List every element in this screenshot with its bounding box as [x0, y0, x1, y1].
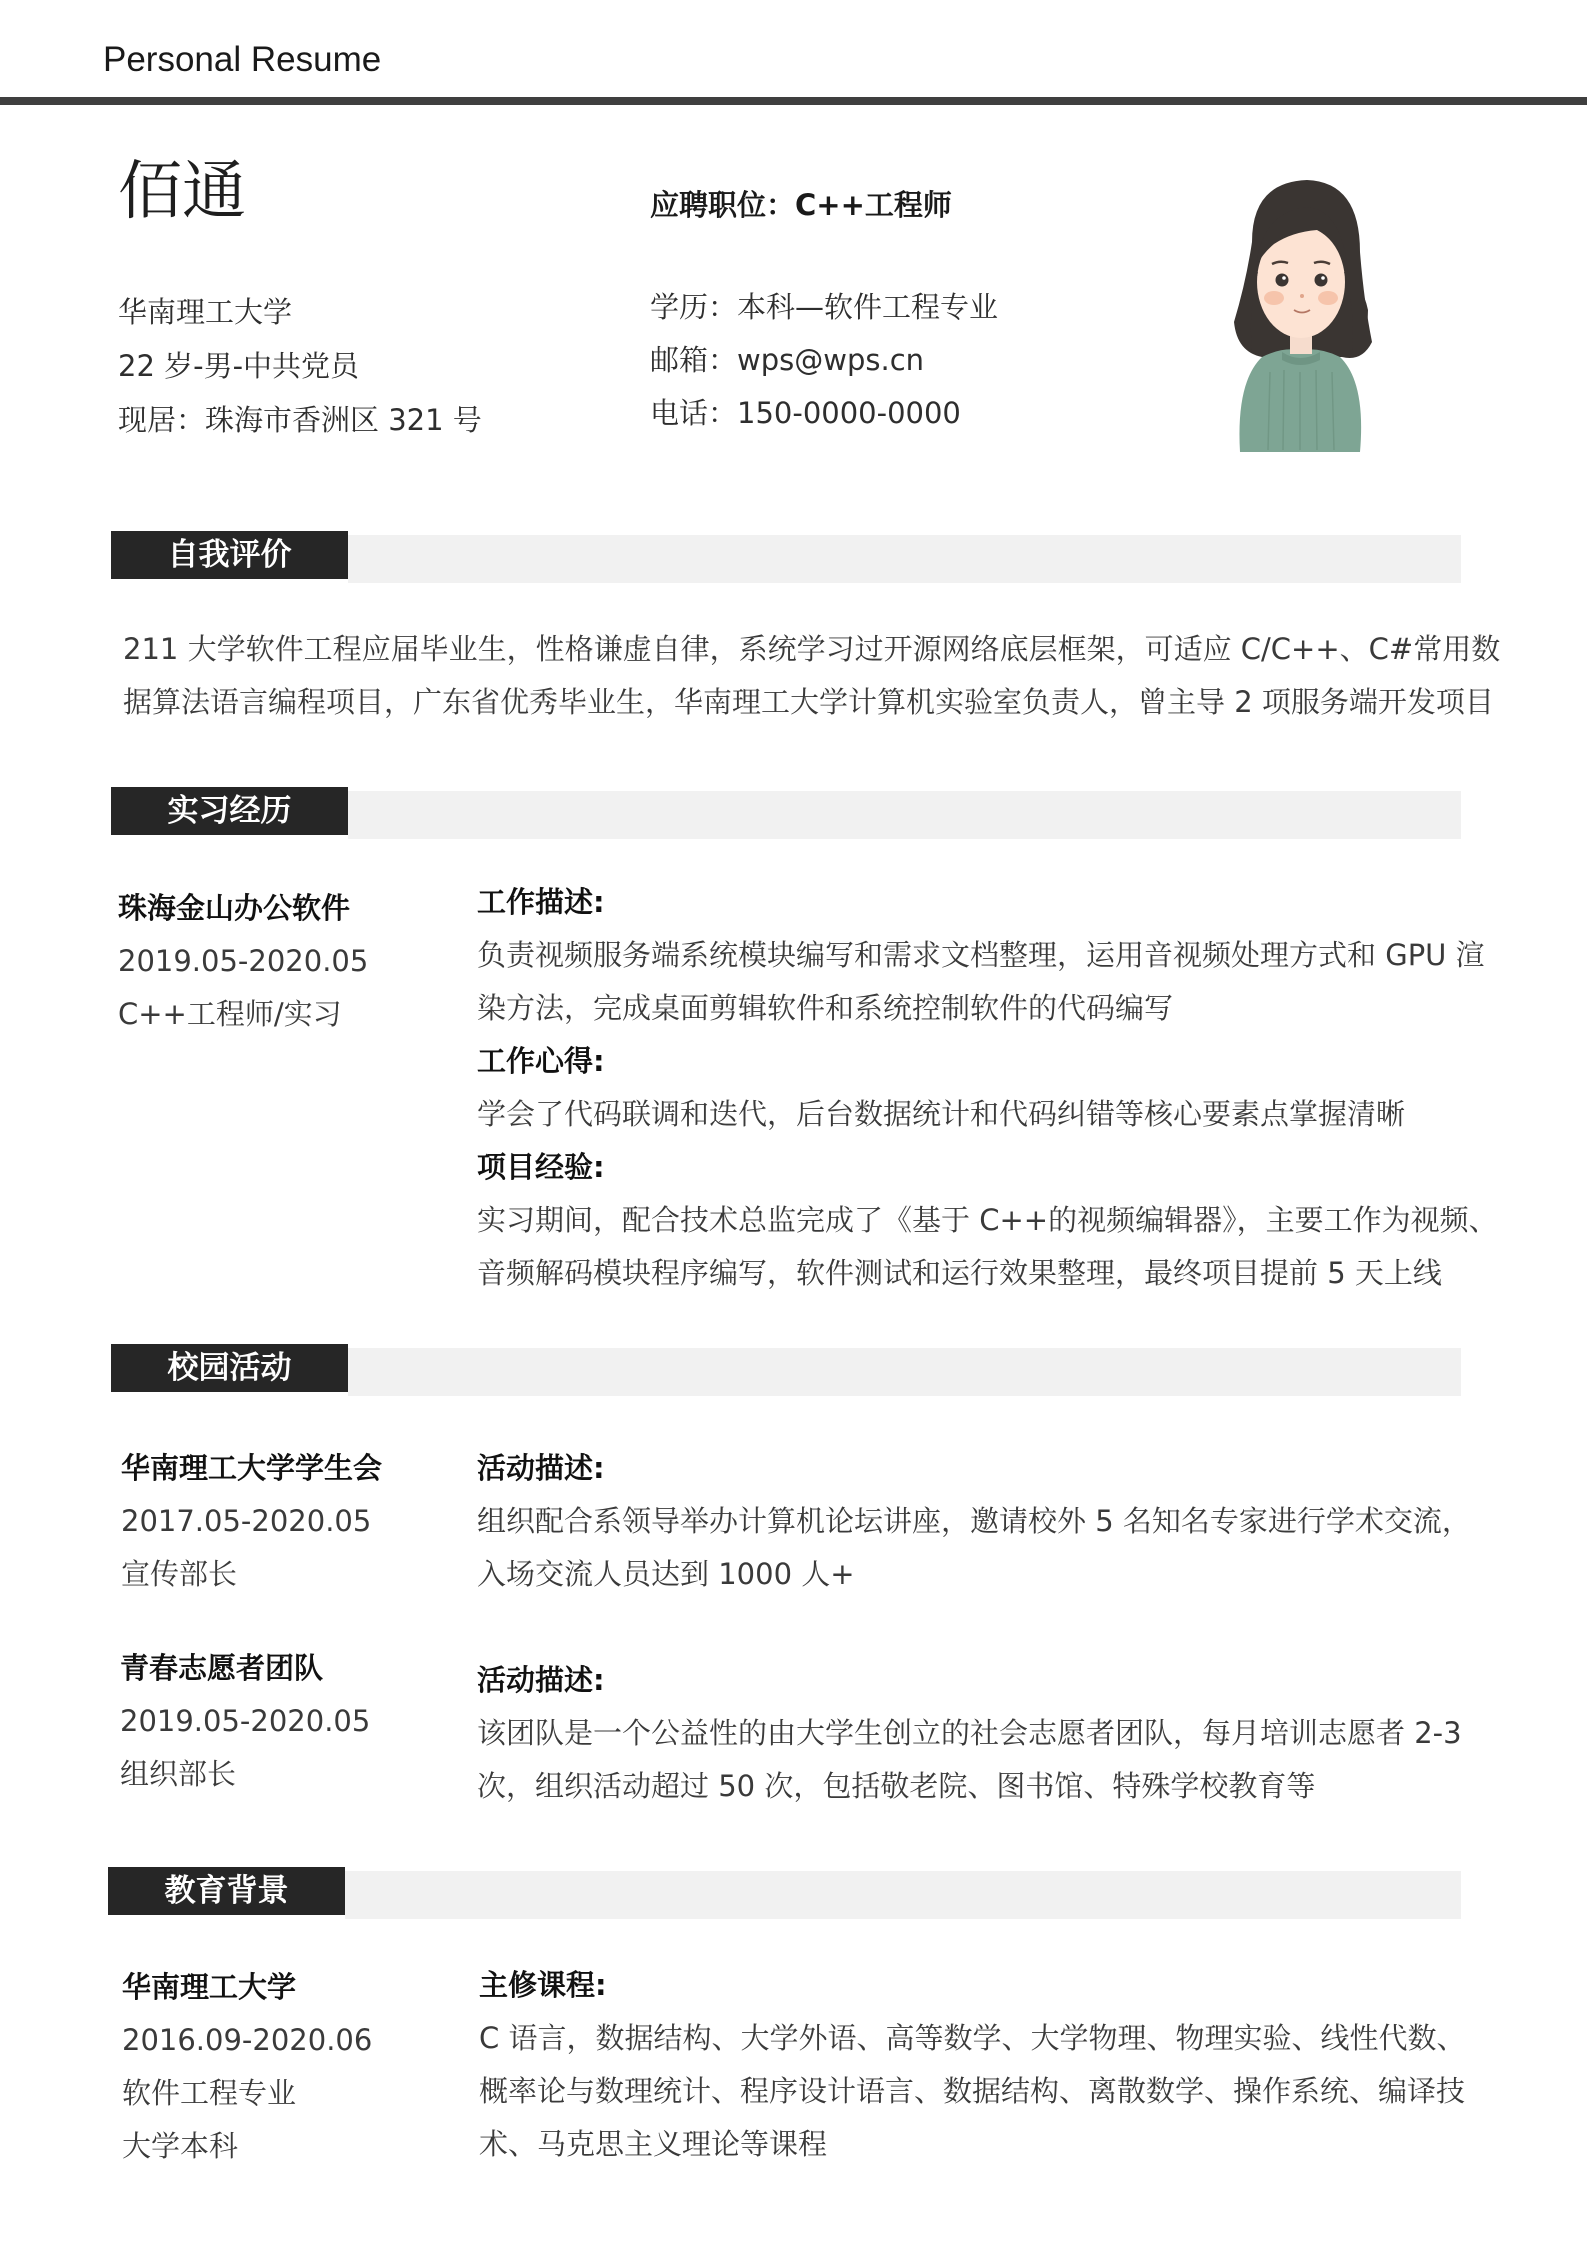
activity-role: 组织部长: [120, 1748, 370, 1801]
section-title-campus: 校园活动: [111, 1344, 348, 1392]
project-experience-heading: 项目经验:: [477, 1141, 1498, 1194]
phone-text: 电话：150-0000-0000: [650, 393, 961, 433]
education-text: 学历：本科—软件工程专业: [650, 287, 998, 327]
candidate-name: 佰通: [118, 150, 246, 234]
self-eval-line: 据算法语言编程项目，广东省优秀毕业生，华南理工大学计算机实验室负责人，曾主导 2…: [123, 676, 1500, 729]
education-left-column: 华南理工大学 2016.09-2020.06 软件工程专业 大学本科: [122, 1961, 372, 2173]
activity-org: 华南理工大学学生会: [121, 1442, 382, 1495]
courses-heading: 主修课程:: [479, 1959, 1465, 2012]
activity-description-line: 组织配合系领导举办计算机论坛讲座，邀请校外 5 名知名专家进行学术交流，: [477, 1495, 1471, 1548]
section-bar-internship: [348, 791, 1461, 839]
activity-2-right-column: 活动描述: 该团队是一个公益性的由大学生创立的社会志愿者团队，每月培训志愿者 2…: [477, 1654, 1462, 1813]
activity-period: 2019.05-2020.05: [120, 1695, 370, 1748]
courses-line: 概率论与数理统计、程序设计语言、数据结构、离散数学、操作系统、编译技: [479, 2065, 1465, 2118]
header-divider: [0, 97, 1587, 105]
courses-line: C 语言，数据结构、大学外语、高等数学、大学物理、物理实验、线性代数、: [479, 2012, 1465, 2065]
activity-2-left-column: 青春志愿者团队 2019.05-2020.05 组织部长: [120, 1642, 370, 1801]
activity-1-left-column: 华南理工大学学生会 2017.05-2020.05 宣传部长: [121, 1442, 382, 1601]
address-text: 现居：珠海市香洲区 321 号: [118, 400, 482, 440]
education-period: 2016.09-2020.06: [122, 2014, 372, 2067]
internship-left-column: 珠海金山办公软件 2019.05-2020.05 C++工程师/实习: [118, 882, 368, 1041]
courses-line: 术、马克思主义理论等课程: [479, 2118, 1465, 2171]
project-experience-line: 音频解码模块程序编写，软件测试和运行效果整理，最终项目提前 5 天上线: [477, 1247, 1498, 1300]
work-description-line: 负责视频服务端系统模块编写和需求文档整理，运用音视频处理方式和 GPU 渲: [477, 929, 1498, 982]
cartoon-girl-avatar-icon: [1222, 172, 1378, 452]
section-bar-education: [345, 1871, 1461, 1919]
internship-role: C++工程师/实习: [118, 988, 368, 1041]
work-description-heading: 工作描述:: [477, 876, 1498, 929]
education-right-column: 主修课程: C 语言，数据结构、大学外语、高等数学、大学物理、物理实验、线性代数…: [479, 1959, 1465, 2171]
self-eval-text: 211 大学软件工程应届毕业生，性格谦虚自律，系统学习过开源网络底层框架，可适应…: [123, 623, 1500, 729]
basic-info-text: 22 岁-男-中共党员: [118, 346, 359, 386]
section-bar-campus: [348, 1348, 1461, 1396]
activity-description-line: 该团队是一个公益性的由大学生创立的社会志愿者团队，每月培训志愿者 2-3: [477, 1707, 1462, 1760]
document-title: Personal Resume: [103, 38, 381, 82]
activity-description-heading: 活动描述:: [477, 1442, 1471, 1495]
project-experience-line: 实习期间，配合技术总监完成了《基于 C++的视频编辑器》，主要工作为视频、: [477, 1194, 1498, 1247]
email-text: 邮箱：wps@wps.cn: [650, 340, 924, 380]
education-degree: 大学本科: [122, 2120, 372, 2173]
activity-description-heading: 活动描述:: [477, 1654, 1462, 1707]
section-title-education: 教育背景: [108, 1867, 345, 1915]
company-name: 珠海金山办公软件: [118, 882, 368, 935]
activity-description-line: 次，组织活动超过 50 次，包括敬老院、图书馆、特殊学校教育等: [477, 1760, 1462, 1813]
activity-description-line: 入场交流人员达到 1000 人+: [477, 1548, 1471, 1601]
job-title: 应聘职位：C++工程师: [650, 185, 952, 225]
section-bar-self-eval: [348, 535, 1461, 583]
section-title-internship: 实习经历: [111, 787, 348, 835]
section-title-self-eval: 自我评价: [111, 531, 348, 579]
activity-role: 宣传部长: [121, 1548, 382, 1601]
avatar: [1222, 172, 1378, 452]
activity-1-right-column: 活动描述: 组织配合系领导举办计算机论坛讲座，邀请校外 5 名知名专家进行学术交…: [477, 1442, 1471, 1601]
internship-period: 2019.05-2020.05: [118, 935, 368, 988]
work-insight-line: 学会了代码联调和迭代，后台数据统计和代码纠错等核心要素点掌握清晰: [477, 1088, 1498, 1141]
education-major: 软件工程专业: [122, 2067, 372, 2120]
school-text: 华南理工大学: [118, 292, 292, 332]
activity-org: 青春志愿者团队: [120, 1642, 370, 1695]
work-description-line: 染方法，完成桌面剪辑软件和系统控制软件的代码编写: [477, 982, 1498, 1035]
activity-period: 2017.05-2020.05: [121, 1495, 382, 1548]
internship-right-column: 工作描述: 负责视频服务端系统模块编写和需求文档整理，运用音视频处理方式和 GP…: [477, 876, 1498, 1300]
work-insight-heading: 工作心得:: [477, 1035, 1498, 1088]
self-eval-line: 211 大学软件工程应届毕业生，性格谦虚自律，系统学习过开源网络底层框架，可适应…: [123, 623, 1500, 676]
education-school: 华南理工大学: [122, 1961, 372, 2014]
